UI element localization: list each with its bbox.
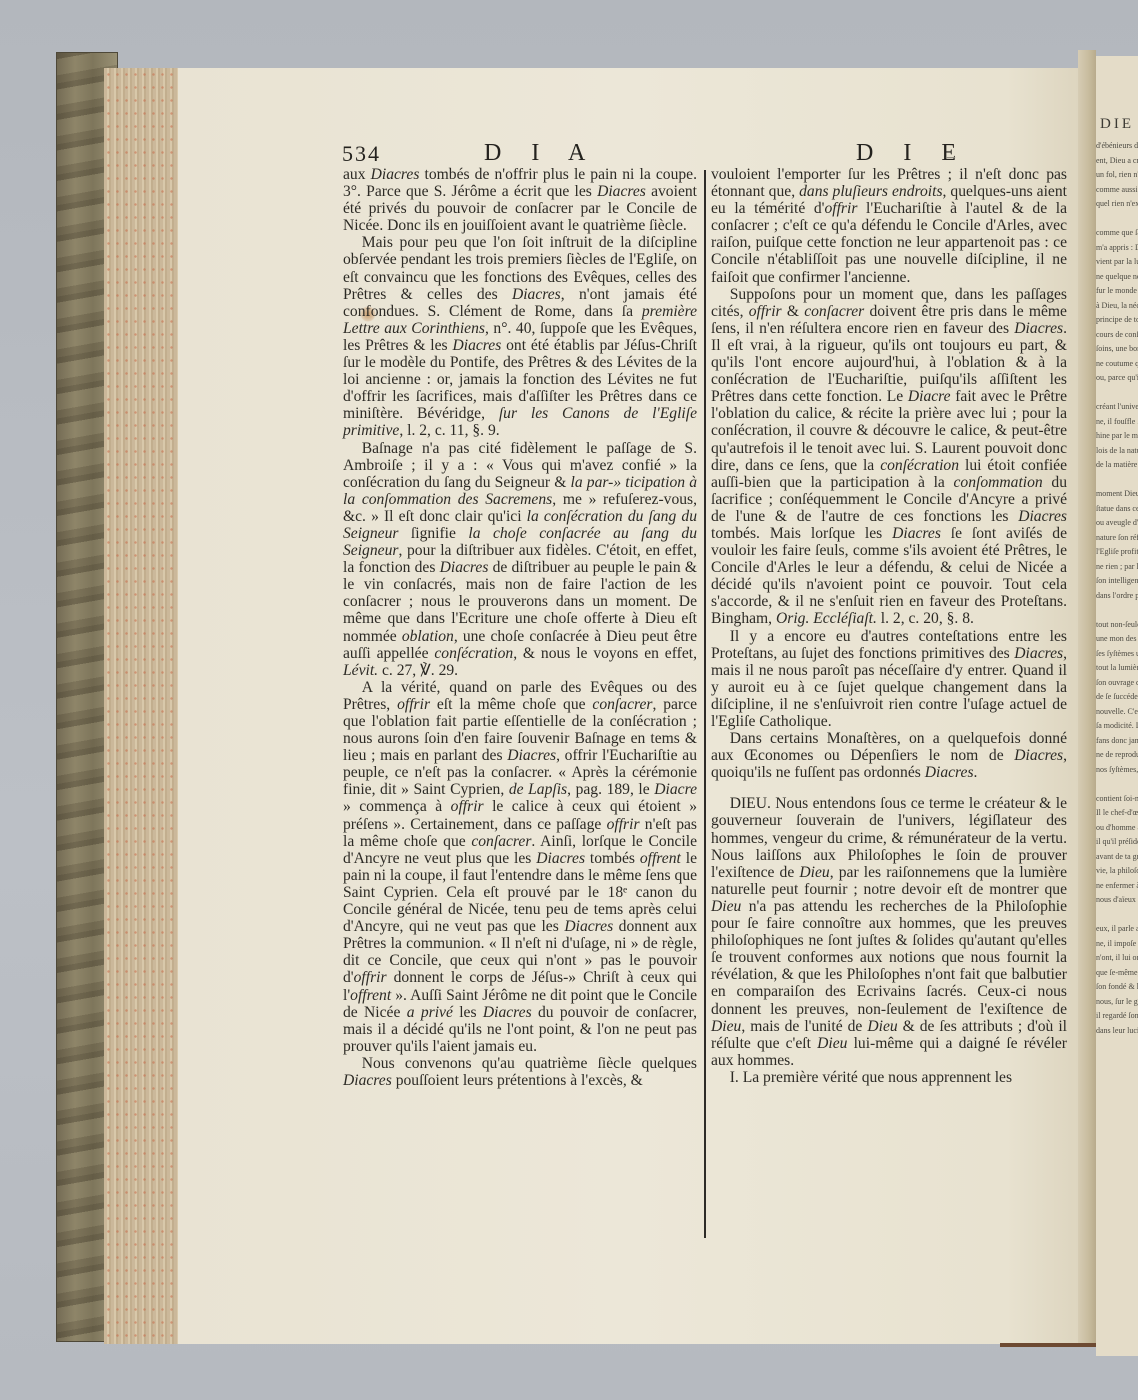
facing-page-line: nos ſyſtèmes, rien ne ſaura xyxy=(1096,763,1138,778)
paragraph: Suppoſons pour un moment que, dans les p… xyxy=(711,286,1067,628)
facing-page-line: n'ont, il lui ordonne xyxy=(1096,951,1138,966)
facing-page-line xyxy=(1096,908,1138,923)
facing-page-line: cours de conſéquent xyxy=(1096,328,1138,343)
text-column-right: vouloient l'emporter ſur les Prêtres ; i… xyxy=(711,166,1067,1086)
paragraph: Dans certains Monaſtères, on a quelquefo… xyxy=(711,730,1067,781)
facing-page-line: fur le monde les dé xyxy=(1096,284,1138,299)
facing-page-line: tout la lumière xyxy=(1096,661,1138,676)
facing-page-line: ou, parce qu'ils ont xyxy=(1096,371,1138,386)
facing-page-line: une mon des êtres a xyxy=(1096,632,1138,647)
facing-page-line: ou aveugle d'une c xyxy=(1096,516,1138,531)
running-head-left: D I A xyxy=(484,140,597,167)
paragraph: A la vérité, quand on parle des Evêques … xyxy=(343,679,697,1055)
facing-page-line: ſtatue dans ce qu'il fit xyxy=(1096,502,1138,517)
facing-page-line: créant l'univers, xyxy=(1096,400,1138,415)
page-number: 534 xyxy=(342,141,381,167)
facing-page-line: lois de la nature ; xyxy=(1096,444,1138,459)
facing-page-line xyxy=(1096,212,1138,227)
facing-page-line: comme que ſans D xyxy=(1096,226,1138,241)
facing-page-line: nous, ſur le gé xyxy=(1096,995,1138,1010)
facing-page-line: nouvelle. C'eſt de xyxy=(1096,705,1138,720)
facing-page-line: ſon ouvrage de cet xyxy=(1096,676,1138,691)
facing-page-line: ne enfermer à ton e xyxy=(1096,879,1138,894)
facing-page-line: tout non-ſeulement xyxy=(1096,618,1138,633)
facing-page-line: que ſe-même, xyxy=(1096,966,1138,981)
facing-page-line: ne, il fouſfle ſur xyxy=(1096,415,1138,430)
sprinkled-page-edges xyxy=(104,68,178,1344)
text-column-left: aux Diacres tombés de n'offrir plus le p… xyxy=(343,166,697,1089)
facing-page-line: ne, il impoſe de xyxy=(1096,937,1138,952)
facing-page-line: hine par le mou xyxy=(1096,429,1138,444)
facing-running-head: DIE xyxy=(1100,116,1138,133)
board-edge xyxy=(1000,1343,1096,1347)
facing-page-line: moment Dieu créé xyxy=(1096,487,1138,502)
column-rule xyxy=(704,170,706,1238)
facing-page-line: de ſe ſuccéder, la v xyxy=(1096,690,1138,705)
head-mark: – xyxy=(946,146,955,167)
facing-page-line: ent, Dieu a créé le xyxy=(1096,154,1138,169)
facing-page-line: ne de reproduction : xyxy=(1096,748,1138,763)
facing-page-line xyxy=(1096,386,1138,401)
facing-page-line: dans leur lucidement d xyxy=(1096,1024,1138,1039)
facing-page-edge: DIE d'ébénieurs de teent, Dieu a créé le… xyxy=(1096,56,1138,1356)
facing-page-line: vie, la philoſophie xyxy=(1096,864,1138,879)
facing-page-line: ſon intelligence fou xyxy=(1096,574,1138,589)
paragraph: DIEU. Nous entendons ſous ce terme le cr… xyxy=(711,795,1067,1069)
facing-page-line xyxy=(1096,473,1138,488)
facing-page-line: il regardé ſon Dieu xyxy=(1096,1009,1138,1024)
facing-page-line: nature ſon réflexion xyxy=(1096,531,1138,546)
facing-page-line: comme aussi pu con xyxy=(1096,183,1138,198)
facing-page-line: quel rien n'exiſtoit ? xyxy=(1096,197,1138,212)
facing-page-line: principe de toutes xyxy=(1096,313,1138,328)
facing-page-line: ſon fondé & l'em xyxy=(1096,980,1138,995)
facing-page-line: fans donc jamais pu xyxy=(1096,734,1138,749)
facing-page-line: d'ébénieurs de te xyxy=(1096,139,1138,154)
paragraph: Nous convenons qu'au quatrième ſiècle qu… xyxy=(343,1055,697,1089)
facing-page-line: dans l'ordre phyſ xyxy=(1096,589,1138,604)
facing-page-line: ne coutume qui la lui xyxy=(1096,357,1138,372)
paragraph: vouloient l'emporter ſur les Prêtres ; i… xyxy=(711,166,1067,286)
facing-page-line: nous d'aïeux à celles de xyxy=(1096,893,1138,908)
paragraph: Mais pour peu que l'on ſoit inſtruit de … xyxy=(343,234,697,439)
facing-page-line: contient ſoi-même xyxy=(1096,792,1138,807)
facing-page-line: Il le chef-d'œuvre xyxy=(1096,806,1138,821)
paragraph: aux Diacres tombés de n'offrir plus le p… xyxy=(343,166,697,234)
facing-page-line: m'a appris : D xyxy=(1096,241,1138,256)
facing-page-line: ſoins, une bonté qui xyxy=(1096,342,1138,357)
facing-page-line: vient par la lumière xyxy=(1096,255,1138,270)
facing-page-line: à Dieu, la néceſſité xyxy=(1096,299,1138,314)
facing-page-line: ne quelque ne peut xyxy=(1096,270,1138,285)
facing-page-line: ou d'homme à notre xyxy=(1096,821,1138,836)
paragraph: I. La première vérité que nous apprennen… xyxy=(711,1069,1067,1086)
facing-page-line: ne rien ; par là, rien xyxy=(1096,560,1138,575)
facing-page-line xyxy=(1096,777,1138,792)
facing-page-line: ſa modicité. Le mond xyxy=(1096,719,1138,734)
paragraph: Il y a encore eu d'autres conteſtations … xyxy=(711,628,1067,731)
facing-page-line: eux, il parle aux xyxy=(1096,922,1138,937)
facing-page-line: l'Egliſe profite à lo xyxy=(1096,545,1138,560)
facing-page-line: un fol, rien n'exiſto xyxy=(1096,168,1138,183)
facing-page-line: il qu'il préſide à la xyxy=(1096,835,1138,850)
facing-page-line: de la matière & la mo xyxy=(1096,458,1138,473)
facing-page-line: avant de ta grande xyxy=(1096,850,1138,865)
book-gutter xyxy=(1078,50,1096,1346)
facing-page-lines: d'ébénieurs de teent, Dieu a créé leun f… xyxy=(1096,139,1138,1038)
facing-page-line xyxy=(1096,603,1138,618)
paragraph: Baſnage n'a pas cité fidèlement le paſſa… xyxy=(343,440,697,679)
facing-page-line: ſes ſyſtèmes un princi xyxy=(1096,647,1138,662)
